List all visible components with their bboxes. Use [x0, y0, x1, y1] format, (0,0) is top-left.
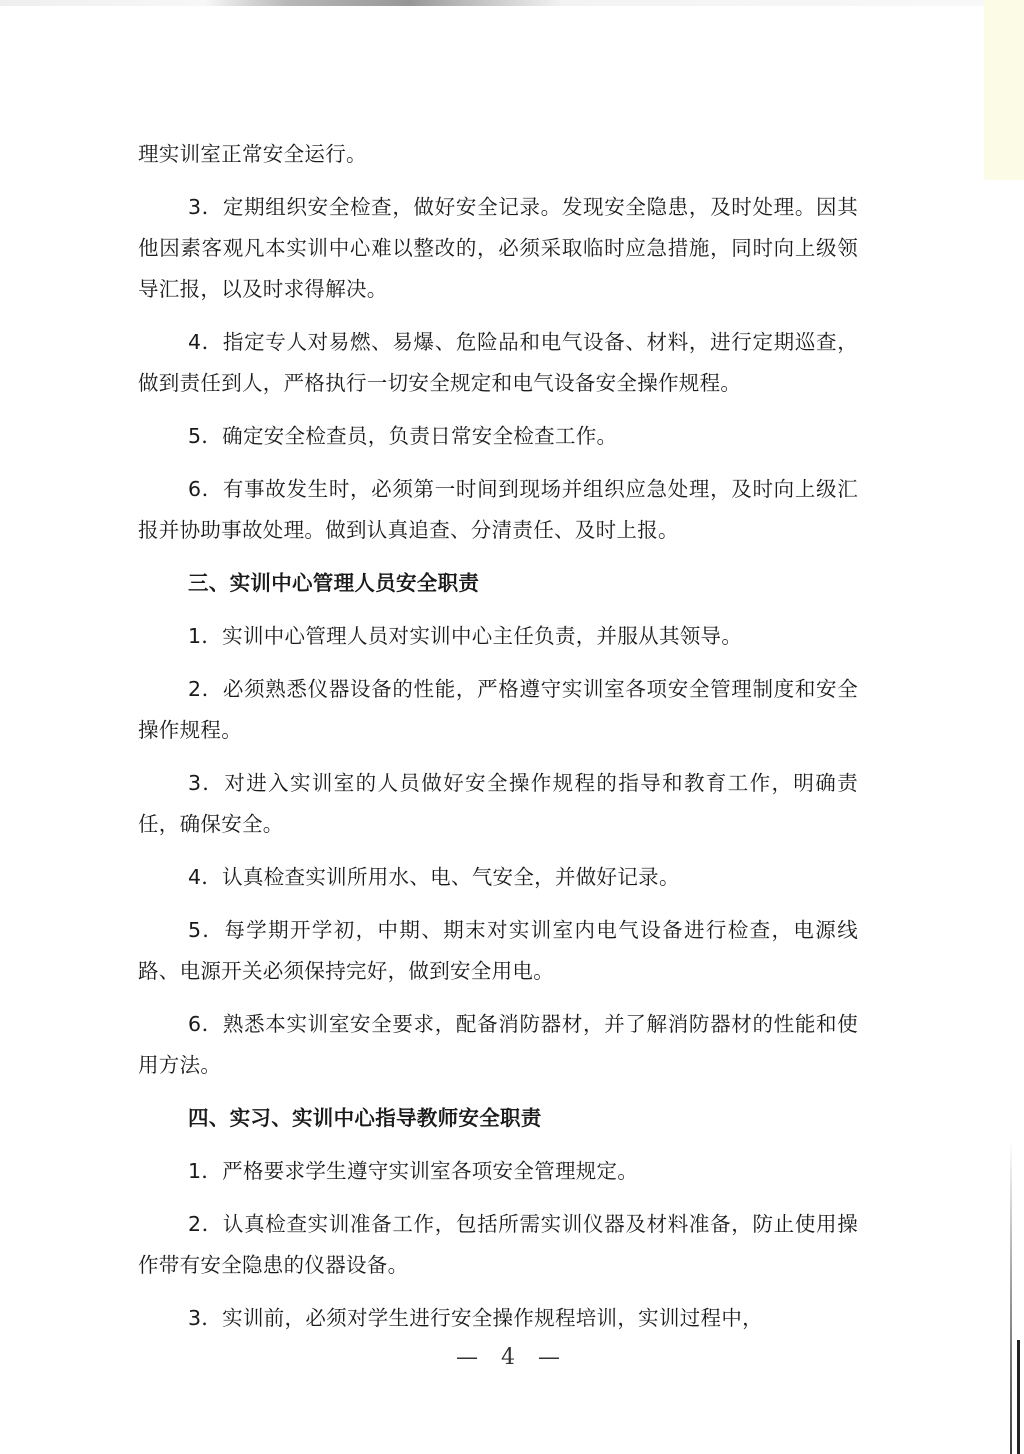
paragraph-item-5: 5．每学期开学初，中期、期末对实训室内电气设备进行检查，电源线路、电源开关必须保…: [138, 910, 858, 992]
paragraph-item-3: 3．定期组织安全检查，做好安全记录。发现安全隐患，及时处理。因其他因素客观凡本实…: [138, 187, 858, 310]
section-heading-4: 四、实习、实训中心指导教师安全职责: [138, 1098, 858, 1139]
section-heading-3: 三、实训中心管理人员安全职责: [138, 563, 858, 604]
scan-artifact-top: [0, 0, 1024, 6]
scan-artifact-edge-shadow: [1010, 1140, 1012, 1454]
paragraph-item-1: 1．严格要求学生遵守实训室各项安全管理规定。: [138, 1151, 858, 1192]
paragraph-item-1: 1．实训中心管理人员对实训中心主任负责，并服从其领导。: [138, 616, 858, 657]
document-body: 理实训室正常安全运行。 3．定期组织安全检查，做好安全记录。发现安全隐患，及时处…: [138, 134, 858, 1351]
paragraph-item-6: 6．有事故发生时，必须第一时间到现场并组织应急处理，及时向上级汇报并协助事故处理…: [138, 469, 858, 551]
paragraph-item-2: 2．认真检查实训准备工作，包括所需实训仪器及材料准备，防止使用操作带有安全隐患的…: [138, 1204, 858, 1286]
paragraph-item-2: 2．必须熟悉仪器设备的性能，严格遵守实训室各项安全管理制度和安全操作规程。: [138, 669, 858, 751]
paragraph-item-4: 4．认真检查实训所用水、电、气安全，并做好记录。: [138, 857, 858, 898]
scan-artifact-tint: [984, 0, 1024, 180]
page-number: — 4 —: [0, 1345, 1024, 1370]
paragraph-item-3: 3．对进入实训室的人员做好安全操作规程的指导和教育工作，明确责任，确保安全。: [138, 763, 858, 845]
paragraph-item-3: 3．实训前，必须对学生进行安全操作规程培训，实训过程中，: [138, 1298, 858, 1339]
paragraph-item-4: 4．指定专人对易燃、易爆、危险品和电气设备、材料，进行定期巡查，做到责任到人，严…: [138, 322, 858, 404]
paragraph-continuation: 理实训室正常安全运行。: [138, 134, 858, 175]
paragraph-item-6: 6．熟悉本实训室安全要求，配备消防器材，并了解消防器材的性能和使用方法。: [138, 1004, 858, 1086]
paragraph-item-5: 5．确定安全检查员，负责日常安全检查工作。: [138, 416, 858, 457]
